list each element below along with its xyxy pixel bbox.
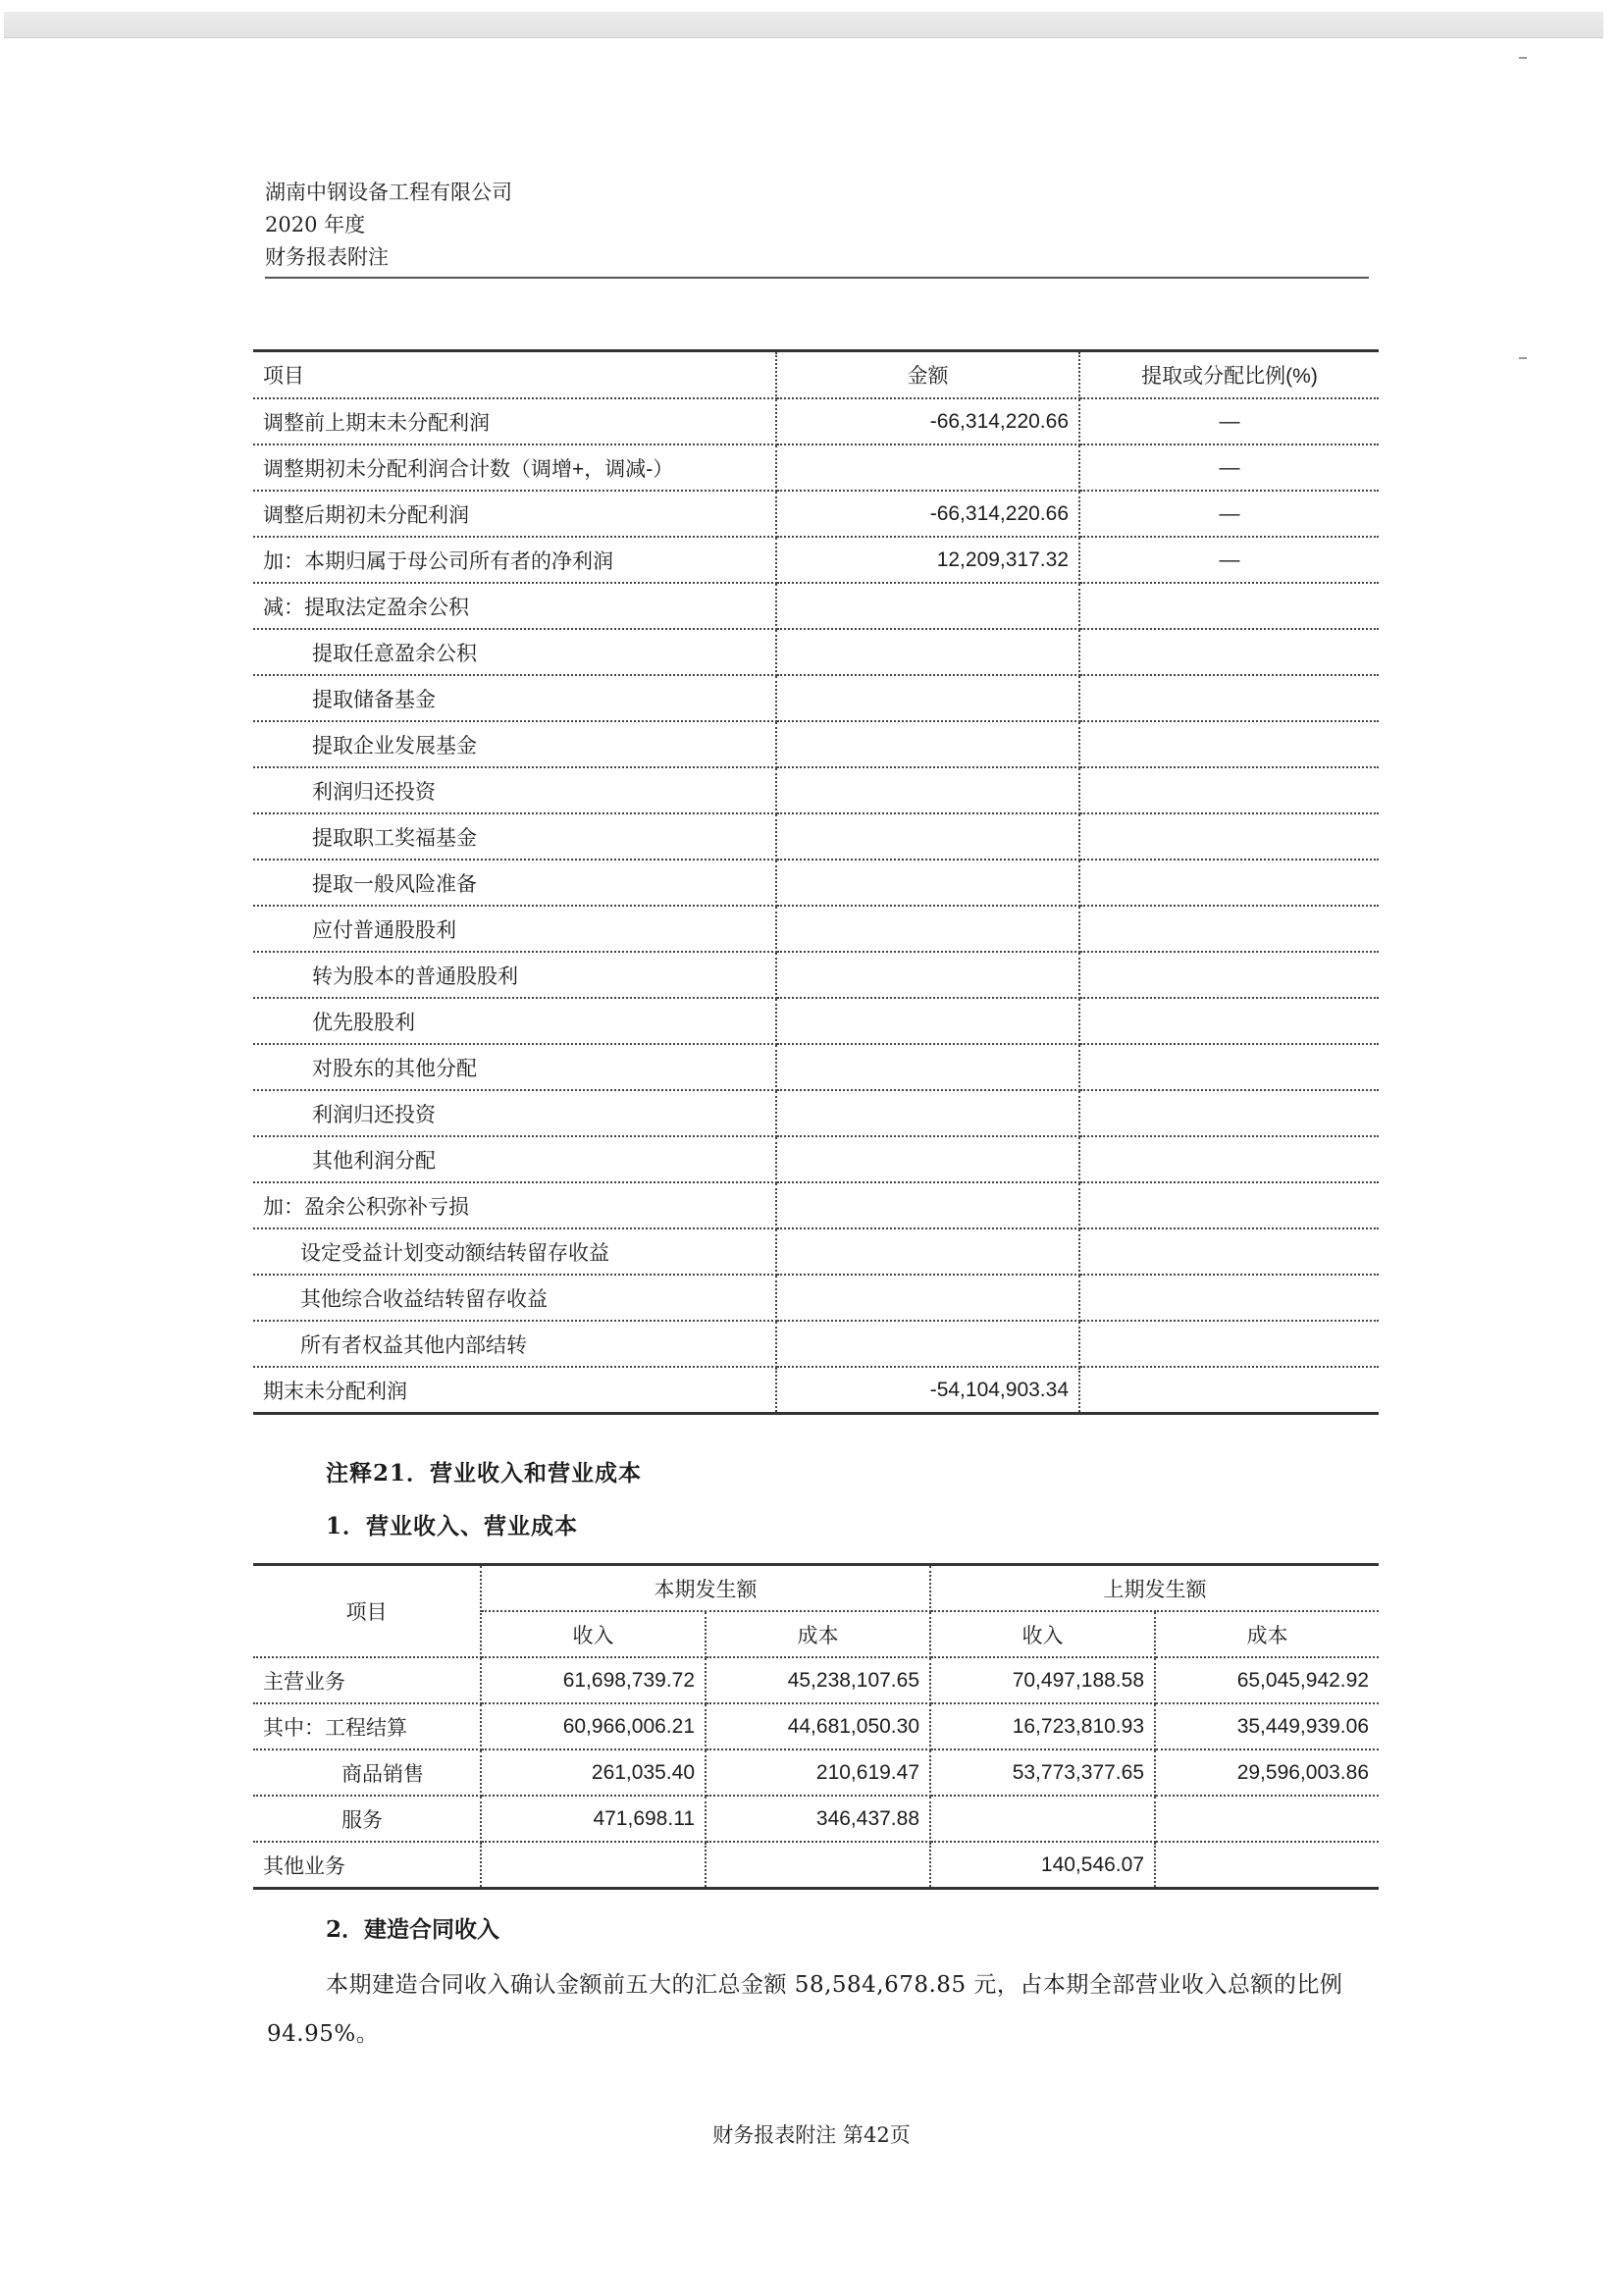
cell-item: 其他综合收益结转留存收益 — [253, 1275, 776, 1321]
cell-amount — [776, 1182, 1079, 1228]
cell-amount — [776, 721, 1079, 767]
column-header-item: 项目 — [253, 1565, 481, 1658]
document-type: 财务报表附注 — [265, 241, 1369, 274]
column-header-item: 项目 — [253, 351, 776, 399]
cell-prior-cost: 29,596,003.86 — [1155, 1749, 1379, 1796]
section-2-title: 2．建造合同收入 — [326, 1911, 499, 1944]
column-header-prior-revenue: 收入 — [930, 1611, 1155, 1657]
table-row: 提取职工奖福基金 — [253, 813, 1379, 860]
cell-amount: -66,314,220.66 — [776, 491, 1079, 537]
cell-prior-revenue: 70,497,188.58 — [930, 1657, 1155, 1703]
cell-amount — [776, 1090, 1079, 1136]
cell-amount — [776, 1044, 1079, 1090]
cell-amount: -54,104,903.34 — [776, 1367, 1079, 1414]
table-row: 所有者权益其他内部结转 — [253, 1321, 1379, 1367]
cell-amount — [776, 1136, 1079, 1182]
table-row: 其他利润分配 — [253, 1136, 1379, 1182]
cell-item: 提取一般风险准备 — [253, 860, 776, 906]
table-row: 提取任意盈余公积 — [253, 629, 1379, 675]
cell-ratio — [1079, 583, 1379, 629]
cell-item: 其中：工程结算 — [253, 1703, 481, 1749]
table-row: 期末未分配利润-54,104,903.34 — [253, 1367, 1379, 1414]
table-row: 减：提取法定盈余公积 — [253, 583, 1379, 629]
fiscal-year: 2020 年度 — [265, 209, 1369, 241]
cell-item: 提取职工奖福基金 — [253, 813, 776, 860]
cell-item: 设定受益计划变动额结转留存收益 — [253, 1228, 776, 1275]
cell-current-cost — [706, 1842, 930, 1889]
cell-ratio: — — [1079, 398, 1379, 444]
table-row: 其他业务140,546.07 — [253, 1842, 1379, 1889]
cell-current-revenue: 60,966,006.21 — [481, 1703, 706, 1749]
cell-prior-revenue: 140,546.07 — [930, 1842, 1155, 1889]
table-row: 设定受益计划变动额结转留存收益 — [253, 1228, 1379, 1275]
cell-item: 利润归还投资 — [253, 1090, 776, 1136]
cell-prior-cost — [1155, 1796, 1379, 1842]
cell-item: 主营业务 — [253, 1657, 481, 1703]
cell-ratio: — — [1079, 444, 1379, 491]
table-row: 应付普通股股利 — [253, 906, 1379, 952]
cell-ratio — [1079, 1228, 1379, 1275]
cell-ratio — [1079, 1136, 1379, 1182]
table-row: 提取储备基金 — [253, 675, 1379, 721]
cell-current-revenue: 261,035.40 — [481, 1749, 706, 1796]
cell-item: 提取储备基金 — [253, 675, 776, 721]
cell-ratio — [1079, 1090, 1379, 1136]
table-row: 调整前上期末未分配利润-66,314,220.66— — [253, 398, 1379, 444]
table-row: 利润归还投资 — [253, 767, 1379, 813]
cell-item: 调整前上期末未分配利润 — [253, 398, 776, 444]
cell-amount — [776, 675, 1079, 721]
cell-amount — [776, 1321, 1079, 1367]
table-row: 其他综合收益结转留存收益 — [253, 1275, 1379, 1321]
cell-amount — [776, 813, 1079, 860]
table-row: 提取企业发展基金 — [253, 721, 1379, 767]
cell-prior-cost — [1155, 1842, 1379, 1889]
cell-ratio: — — [1079, 491, 1379, 537]
table-row: 其中：工程结算60,966,006.2144,681,050.3016,723,… — [253, 1703, 1379, 1749]
cell-ratio — [1079, 952, 1379, 998]
company-name: 湖南中钢设备工程有限公司 — [265, 177, 1369, 209]
table-row: 提取一般风险准备 — [253, 860, 1379, 906]
scan-mark — [1519, 357, 1527, 359]
table-row: 调整后期初未分配利润-66,314,220.66— — [253, 491, 1379, 537]
cell-amount — [776, 629, 1079, 675]
cell-prior-cost: 65,045,942.92 — [1155, 1657, 1379, 1703]
cell-item: 所有者权益其他内部结转 — [253, 1321, 776, 1367]
cell-ratio — [1079, 813, 1379, 860]
cell-item: 优先股股利 — [253, 998, 776, 1044]
cell-current-cost: 44,681,050.30 — [706, 1703, 930, 1749]
cell-ratio — [1079, 860, 1379, 906]
cell-ratio — [1079, 629, 1379, 675]
cell-amount — [776, 952, 1079, 998]
cell-item: 商品销售 — [253, 1749, 481, 1796]
cell-ratio — [1079, 721, 1379, 767]
table-header-row: 项目 本期发生额 上期发生额 — [253, 1565, 1379, 1612]
cell-item: 服务 — [253, 1796, 481, 1842]
cell-amount — [776, 767, 1079, 813]
cell-ratio — [1079, 767, 1379, 813]
cell-current-cost: 210,619.47 — [706, 1749, 930, 1796]
section-1-title: 1．营业收入、营业成本 — [326, 1508, 578, 1540]
table-row: 转为股本的普通股股利 — [253, 952, 1379, 998]
document-header: 湖南中钢设备工程有限公司 2020 年度 财务报表附注 — [265, 177, 1369, 279]
table-row: 对股东的其他分配 — [253, 1044, 1379, 1090]
cell-prior-revenue: 53,773,377.65 — [930, 1749, 1155, 1796]
table-row: 主营业务61,698,739.7245,238,107.6570,497,188… — [253, 1657, 1379, 1703]
table-row: 商品销售261,035.40210,619.4753,773,377.6529,… — [253, 1749, 1379, 1796]
column-header-prior-cost: 成本 — [1155, 1611, 1379, 1657]
cell-amount — [776, 1275, 1079, 1321]
cell-amount — [776, 998, 1079, 1044]
cell-item: 转为股本的普通股股利 — [253, 952, 776, 998]
cell-current-cost: 346,437.88 — [706, 1796, 930, 1842]
cell-current-revenue: 61,698,739.72 — [481, 1657, 706, 1703]
column-header-current-cost: 成本 — [706, 1611, 930, 1657]
column-header-ratio: 提取或分配比例(%) — [1079, 351, 1379, 399]
cell-item: 其他业务 — [253, 1842, 481, 1889]
cell-item: 提取任意盈余公积 — [253, 629, 776, 675]
cell-amount — [776, 906, 1079, 952]
cell-prior-cost: 35,449,939.06 — [1155, 1703, 1379, 1749]
table-row: 优先股股利 — [253, 998, 1379, 1044]
cell-item: 加：本期归属于母公司所有者的净利润 — [253, 537, 776, 583]
construction-contract-paragraph: 本期建造合同收入确认金额前五大的汇总金额 58,584,678.85 元，占本期… — [267, 1960, 1378, 2059]
cell-item: 提取企业发展基金 — [253, 721, 776, 767]
cell-ratio — [1079, 906, 1379, 952]
cell-item: 对股东的其他分配 — [253, 1044, 776, 1090]
cell-ratio — [1079, 675, 1379, 721]
cell-amount — [776, 860, 1079, 906]
note-21-title: 注释21．营业收入和营业成本 — [326, 1455, 642, 1487]
cell-ratio — [1079, 1275, 1379, 1321]
table-row: 加：盈余公积弥补亏损 — [253, 1182, 1379, 1228]
page-footer: 财务报表附注 第42页 — [0, 2119, 1623, 2149]
cell-item: 利润归还投资 — [253, 767, 776, 813]
cell-amount — [776, 444, 1079, 491]
table-row: 调整期初未分配利润合计数（调增+，调减-）— — [253, 444, 1379, 491]
cell-amount: 12,209,317.32 — [776, 537, 1079, 583]
column-header-current-revenue: 收入 — [481, 1611, 706, 1657]
cell-ratio — [1079, 1321, 1379, 1367]
cell-ratio — [1079, 1182, 1379, 1228]
cell-item: 加：盈余公积弥补亏损 — [253, 1182, 776, 1228]
cell-ratio — [1079, 998, 1379, 1044]
column-header-amount: 金额 — [776, 351, 1079, 399]
cell-item: 调整期初未分配利润合计数（调增+，调减-） — [253, 444, 776, 491]
column-header-current-period: 本期发生额 — [481, 1565, 930, 1612]
cell-item: 其他利润分配 — [253, 1136, 776, 1182]
cell-item: 减：提取法定盈余公积 — [253, 583, 776, 629]
cell-ratio: — — [1079, 537, 1379, 583]
cell-current-revenue: 471,698.11 — [481, 1796, 706, 1842]
scan-mark — [1519, 57, 1527, 59]
revenue-cost-table: 项目 本期发生额 上期发生额 收入 成本 收入 成本 主营业务61,698,73… — [253, 1563, 1379, 1890]
cell-item: 应付普通股股利 — [253, 906, 776, 952]
scan-border — [4, 12, 1603, 38]
table-row: 服务471,698.11346,437.88 — [253, 1796, 1379, 1842]
cell-item: 期末未分配利润 — [253, 1367, 776, 1414]
cell-prior-revenue — [930, 1796, 1155, 1842]
cell-prior-revenue: 16,723,810.93 — [930, 1703, 1155, 1749]
cell-amount — [776, 1228, 1079, 1275]
cell-amount — [776, 583, 1079, 629]
column-header-prior-period: 上期发生额 — [930, 1565, 1379, 1612]
cell-ratio — [1079, 1367, 1379, 1414]
profit-distribution-table: 项目 金额 提取或分配比例(%) 调整前上期末未分配利润-66,314,220.… — [253, 349, 1379, 1415]
cell-current-revenue — [481, 1842, 706, 1889]
table-header-row: 项目 金额 提取或分配比例(%) — [253, 351, 1379, 399]
cell-item: 调整后期初未分配利润 — [253, 491, 776, 537]
header-rule — [265, 277, 1369, 279]
cell-current-cost: 45,238,107.65 — [706, 1657, 930, 1703]
table-row: 利润归还投资 — [253, 1090, 1379, 1136]
table-row: 加：本期归属于母公司所有者的净利润12,209,317.32— — [253, 537, 1379, 583]
cell-amount: -66,314,220.66 — [776, 398, 1079, 444]
cell-ratio — [1079, 1044, 1379, 1090]
